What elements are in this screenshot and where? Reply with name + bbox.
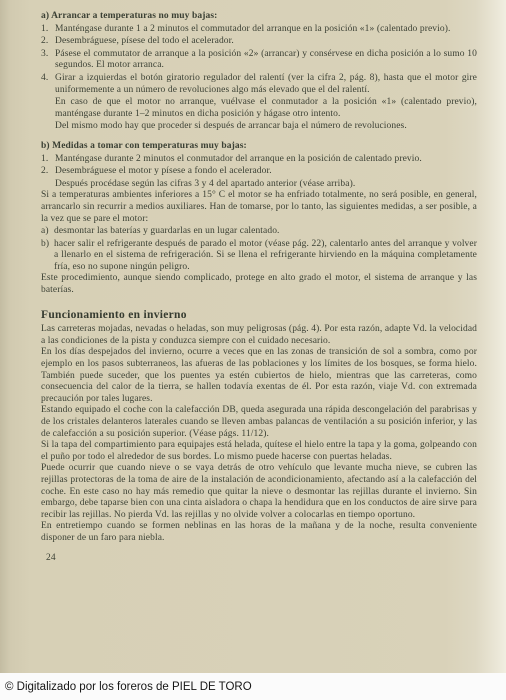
numbered-item: 3. Pásese el commutator de arranque a la…: [41, 49, 477, 72]
item-text: Girar a izquierdas el botón giratorio re…: [55, 73, 477, 96]
item-letter: a): [41, 226, 54, 238]
item-text: Manténgase durante 2 minutos el conmutad…: [55, 154, 477, 166]
digitizer-footer: © Digitalizado por los foreros de PIEL D…: [0, 673, 506, 700]
item-number: 1.: [41, 24, 55, 36]
item-text: Manténgase durante 1 a 2 minutos el comm…: [55, 24, 477, 36]
item-number: [41, 121, 55, 133]
numbered-item: 2. Desembráguese el motor y písese a fon…: [41, 166, 477, 178]
scanned-page: a) Arrancar a temperaturas no muy bajas:…: [0, 0, 506, 700]
item-text: En caso de que el motor no arranque, vué…: [55, 97, 477, 120]
item-number: 1.: [41, 154, 55, 166]
winter-paragraph: Las carreteras mojadas, nevadas o helada…: [41, 324, 477, 347]
winter-paragraph: En los días despejados del invierno, ocu…: [41, 347, 477, 405]
page-number: 24: [46, 553, 477, 565]
lettered-item: b) hacer salir el refrigerante después d…: [41, 239, 477, 274]
item-number: [41, 97, 55, 120]
section-b-heading: b) Medidas a tomar con temperaturas muy …: [41, 141, 477, 153]
item-text: Pásese el commutator de arranque a la po…: [55, 49, 477, 72]
section-b-list: 1. Manténgase durante 2 minutos el conmu…: [41, 154, 477, 191]
item-number: 2.: [41, 166, 55, 178]
continuation-paragraph: Después procédase según las cifras 3 y 4…: [41, 179, 477, 191]
numbered-item: 1. Manténgase durante 2 minutos el conmu…: [41, 154, 477, 166]
item-text: Desembráguese, písese del todo el aceler…: [55, 36, 477, 48]
item-letter: b): [41, 239, 54, 274]
item-text: Desembráguese el motor y písese a fondo …: [55, 166, 477, 178]
item-number: [41, 179, 55, 191]
cold-measures-outro: Este procedimiento, aunque siendo compli…: [41, 273, 477, 296]
winter-paragraph: Estando equipado el coche con la calefac…: [41, 405, 477, 440]
item-text: Después procédase según las cifras 3 y 4…: [55, 179, 477, 191]
item-number: 3.: [41, 49, 55, 72]
winter-paragraph: Si la tapa del compartimiento para equip…: [41, 440, 477, 463]
item-text: hacer salir el refrigerante después de p…: [54, 239, 477, 274]
winter-paragraph: En entretiempo cuando se formen neblinas…: [41, 521, 477, 544]
lettered-item: a) desmontar las baterías y guardarlas e…: [41, 226, 477, 238]
section-a-list: 1. Manténgase durante 1 a 2 minutos el c…: [41, 24, 477, 133]
cold-measures-intro: Si a temperaturas ambientes inferiores a…: [41, 190, 477, 225]
numbered-item: 1. Manténgase durante 1 a 2 minutos el c…: [41, 24, 477, 36]
winter-paragraph: Puede ocurrir que cuando nieve o se vaya…: [41, 463, 477, 521]
item-text: desmontar las baterías y guardarlas en u…: [54, 226, 477, 238]
item-text: Del mismo modo hay que proceder si despu…: [55, 121, 477, 133]
numbered-item: 4. Girar a izquierdas el botón giratorio…: [41, 73, 477, 96]
numbered-item: 2. Desembráguese, písese del todo el ace…: [41, 36, 477, 48]
winter-section-heading: Funcionamiento en invierno: [41, 310, 477, 322]
item-number: 4.: [41, 73, 55, 96]
section-a-heading: a) Arrancar a temperaturas no muy bajas:: [41, 11, 477, 23]
continuation-paragraph: En caso de que el motor no arranque, vué…: [41, 97, 477, 120]
digitizer-credit: © Digitalizado por los foreros de PIEL D…: [5, 681, 252, 693]
item-number: 2.: [41, 36, 55, 48]
page-text-block: a) Arrancar a temperaturas no muy bajas:…: [0, 0, 506, 564]
continuation-paragraph: Del mismo modo hay que proceder si despu…: [41, 121, 477, 133]
